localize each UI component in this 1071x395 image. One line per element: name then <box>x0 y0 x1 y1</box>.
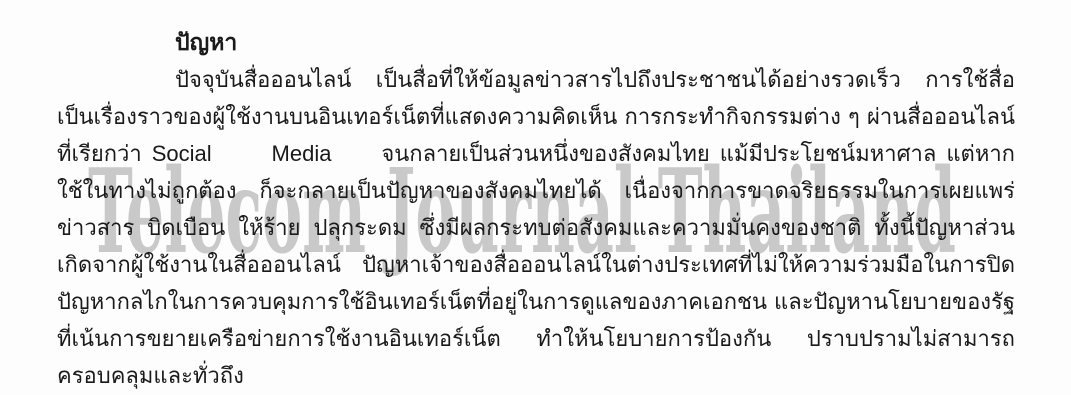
section-heading: ปัญหา <box>57 24 1015 61</box>
document-body: ปัญหา ปัจจุบันสื่อออนไลน์ เป็นสื่อที่ให้… <box>57 24 1015 394</box>
document-page: Telecom Journal Thailand ปัญหา ปัจจุบันส… <box>0 0 1071 395</box>
paragraph-line: ที่เน้นการขยายเครือข่ายการใช้งานอินเทอร์… <box>57 320 1015 357</box>
paragraph-line: เป็นเรื่องราวของผู้ใช้งานบนอินเทอร์เน็ตท… <box>57 98 1015 135</box>
paragraph-line: ที่เรียกว่า Social Media จนกลายเป็นส่วนห… <box>57 135 1015 172</box>
paragraph-line: ปัจจุบันสื่อออนไลน์ เป็นสื่อที่ให้ข้อมูล… <box>57 61 1015 98</box>
paragraph-line: ครอบคลุมและทั่วถึง <box>57 357 1015 394</box>
paragraph-line: ข่าวสาร บิดเบือน ให้ร้าย ปลุกระดม ซึ่งมี… <box>57 209 1015 246</box>
paragraph-line: เกิดจากผู้ใช้งานในสื่อออนไลน์ ปัญหาเจ้าข… <box>57 246 1015 283</box>
paragraph-line: ใช้ในทางไม่ถูกต้อง ก็จะกลายเป็นปัญหาของส… <box>57 172 1015 209</box>
paragraph-line: ปัญหากลไกในการควบคุมการใช้อินเทอร์เน็ตที… <box>57 283 1015 320</box>
